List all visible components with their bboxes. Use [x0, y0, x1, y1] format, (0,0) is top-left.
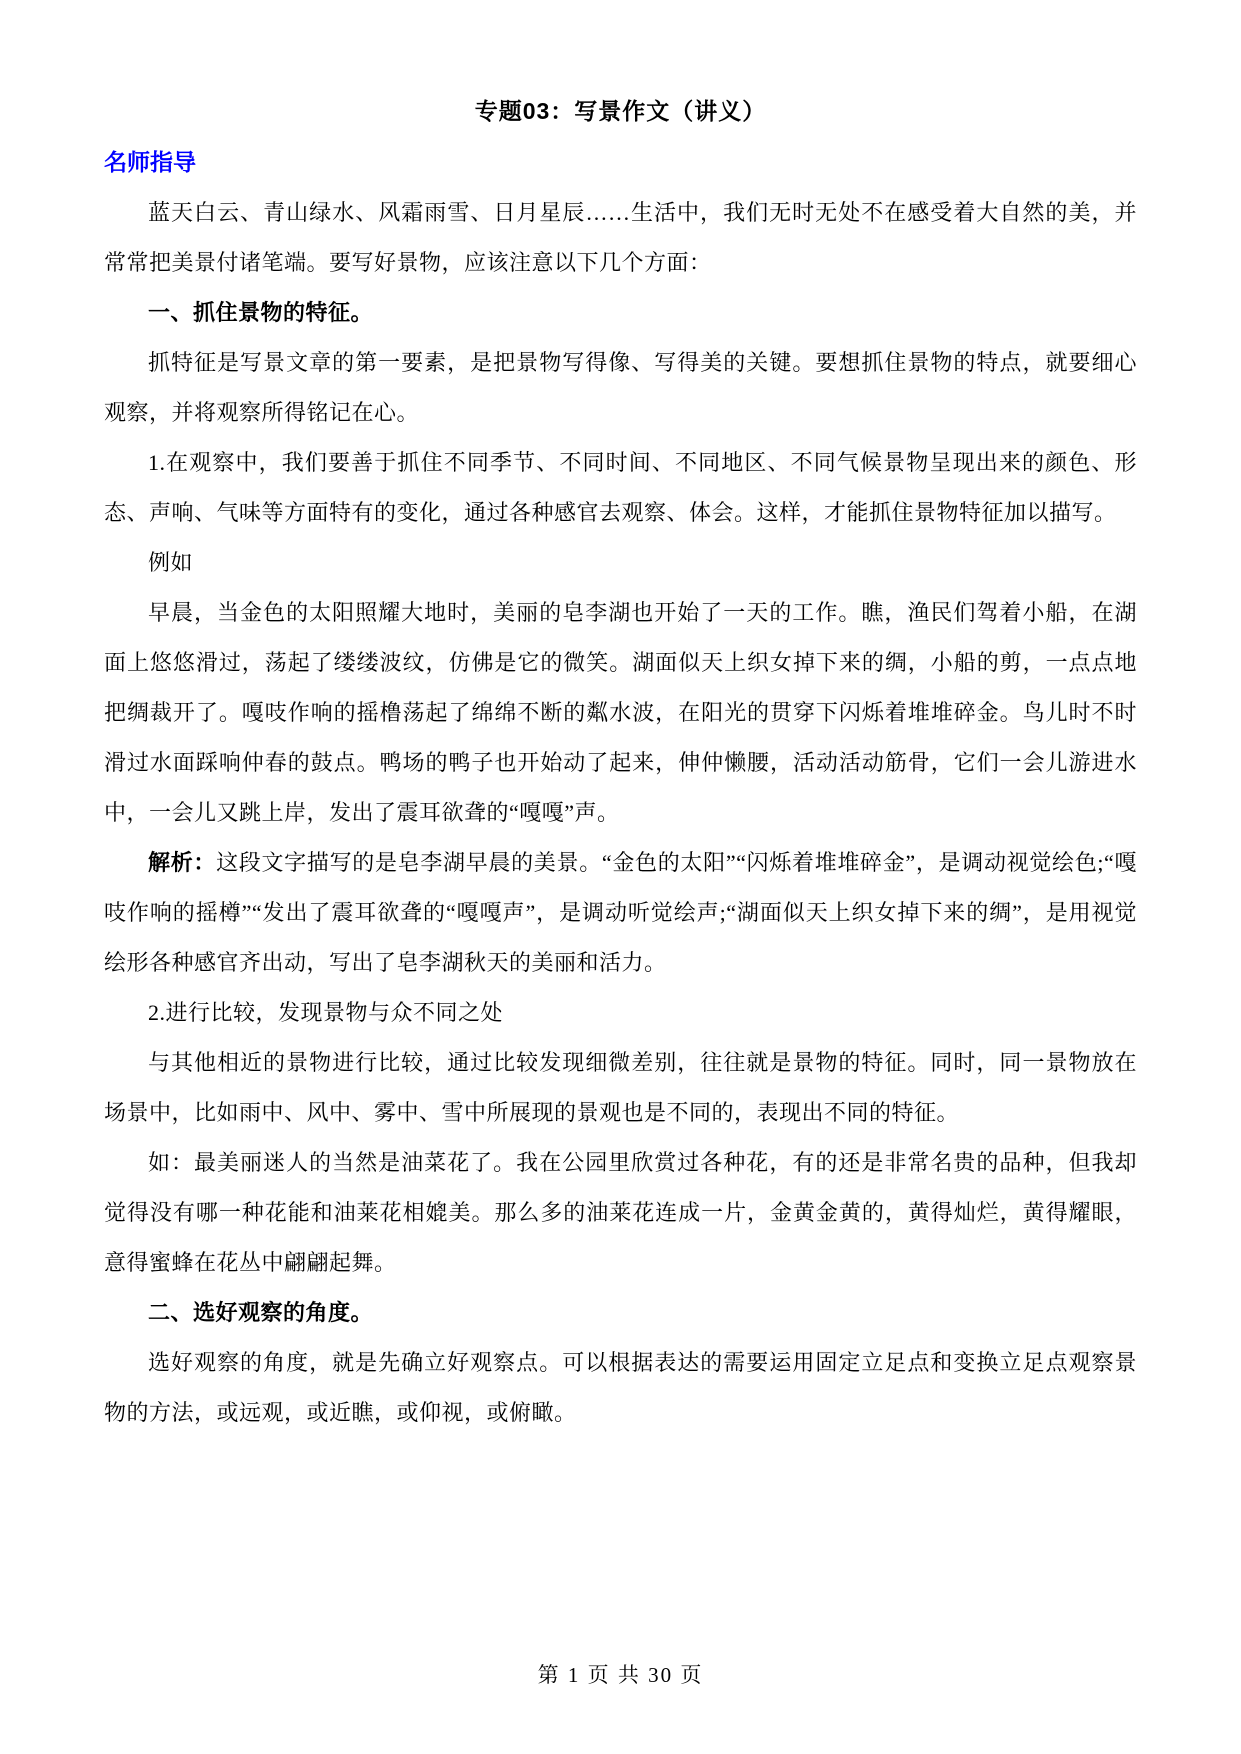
paragraph: 蓝天白云、青山绿水、风霜雨雪、日月星辰……生活中，我们无时无处不在感受着大自然的… — [104, 188, 1137, 288]
paragraph: 2.进行比较，发现景物与众不同之处 — [104, 988, 1137, 1038]
section-heading-expert-guidance: 名师指导 — [104, 136, 1137, 188]
page-title: 专题03：写景作文（讲义） — [104, 86, 1137, 136]
paragraph: 选好观察的角度，就是先确立好观察点。可以根据表达的需要运用固定立足点和变换立足点… — [104, 1338, 1137, 1438]
paragraph: 1.在观察中，我们要善于抓住不同季节、不同时间、不同地区、不同气候景物呈现出来的… — [104, 438, 1137, 538]
footer-page-number: 第 1 页 共 30 页 — [0, 1662, 1241, 1688]
paragraph: 例如 — [104, 538, 1137, 588]
document-content: 专题03：写景作文（讲义） 名师指导 蓝天白云、青山绿水、风霜雨雪、日月星辰……… — [0, 0, 1241, 1438]
paragraph-lead: 解析： — [148, 850, 216, 875]
paragraph: 与其他相近的景物进行比较，通过比较发现细微差别，往往就是景物的特征。同时，同一景… — [104, 1038, 1137, 1138]
document-page: 专题03：写景作文（讲义） 名师指导 蓝天白云、青山绿水、风霜雨雪、日月星辰……… — [0, 0, 1241, 1754]
document-body: 蓝天白云、青山绿水、风霜雨雪、日月星辰……生活中，我们无时无处不在感受着大自然的… — [104, 188, 1137, 1438]
paragraph: 解析：这段文字描写的是皂李湖早晨的美景。“金色的太阳”“闪烁着堆堆碎金”，是调动… — [104, 838, 1137, 988]
paragraph: 早晨，当金色的太阳照耀大地时，美丽的皂李湖也开始了一天的工作。瞧，渔民们驾着小船… — [104, 588, 1137, 838]
section-heading: 一、抓住景物的特征。 — [104, 288, 1137, 338]
section-heading: 二、选好观察的角度。 — [104, 1288, 1137, 1338]
paragraph: 如：最美丽迷人的当然是油菜花了。我在公园里欣赏过各种花，有的还是非常名贵的品种，… — [104, 1138, 1137, 1288]
paragraph: 抓特征是写景文章的第一要素，是把景物写得像、写得美的关键。要想抓住景物的特点，就… — [104, 338, 1137, 438]
